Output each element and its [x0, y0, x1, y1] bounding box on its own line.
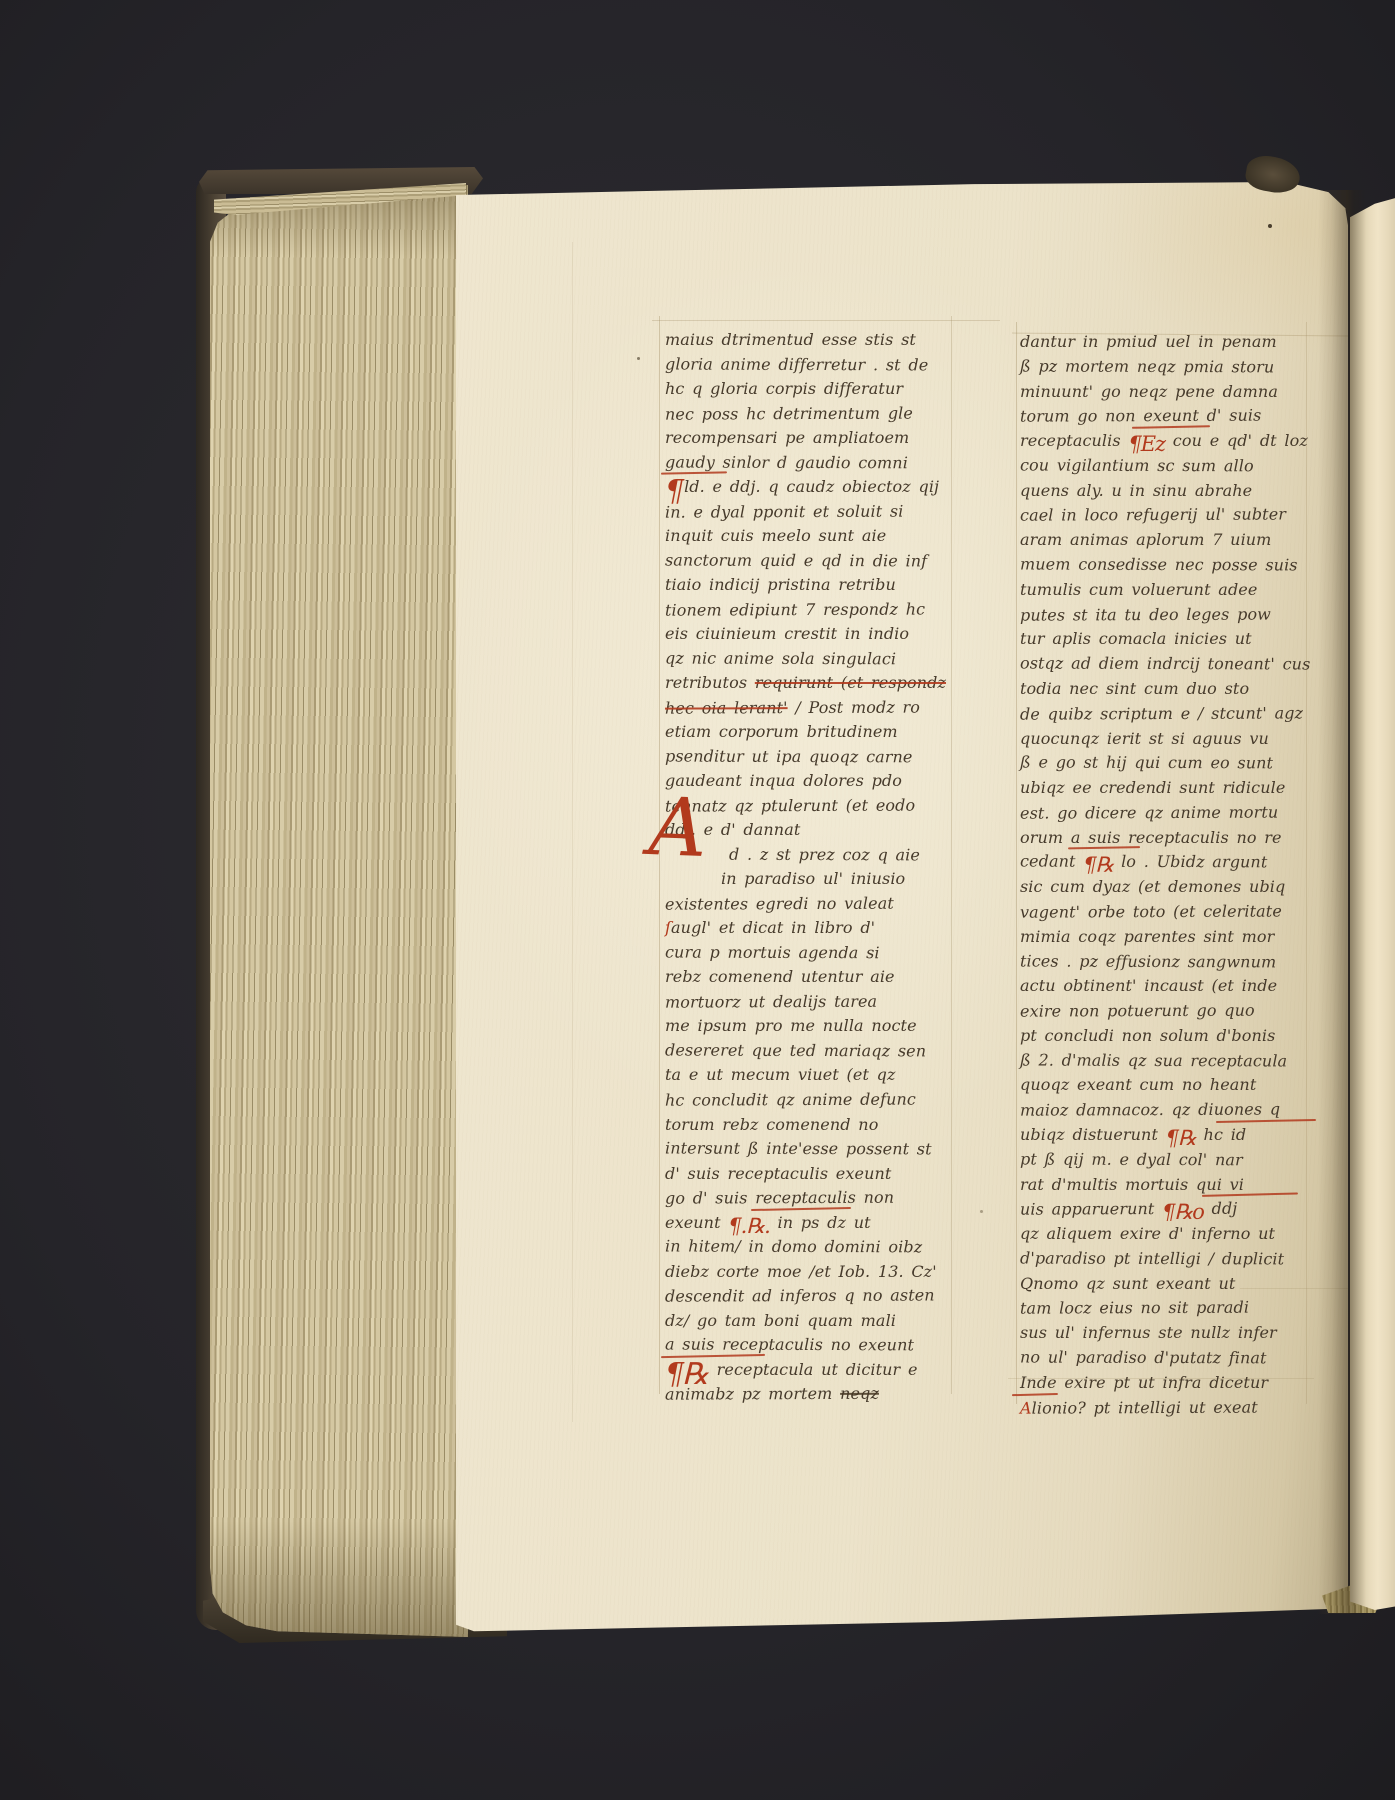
manuscript-line: etiam corporum britudinem: [665, 720, 963, 745]
manuscript-line: exire non potuerunt go quo: [1020, 998, 1318, 1024]
manuscript-line: ubiqz distuerunt ¶℞ hc id: [1020, 1123, 1318, 1148]
manuscript-line: gaudeant inqua dolores pdo: [665, 769, 963, 794]
manuscript-line: muem consedisse nec posse suis: [1020, 553, 1318, 579]
manuscript-line: ß 2. d'malis qz sua receptacula: [1020, 1048, 1318, 1074]
manuscript-line: dz/ go tam boni quam mali: [665, 1309, 963, 1334]
manuscript-line: sanctorum quid e qd in die inf: [665, 548, 963, 574]
manuscript-line: d . z st prez coz q aie: [665, 842, 963, 868]
manuscript-line: pt ß qij m. e dyal col' nar: [1020, 1147, 1318, 1173]
manuscript-line: quoqz exeant cum no heant: [1020, 1073, 1318, 1098]
ruling-line: [1016, 322, 1017, 1404]
rubric-mark: ¶℞o: [1162, 1200, 1204, 1224]
manuscript-line: actu obtinent' incaust (et inde: [1020, 974, 1318, 999]
manuscript-line: tennatz qz ptulerunt (et eodo: [665, 793, 963, 819]
rubric-overline: [661, 471, 727, 474]
manuscript-line: ß e go st hij qui cum eo sunt: [1020, 751, 1318, 777]
manuscript-line: in hitem/ in domo domini oibz: [665, 1235, 963, 1261]
manuscript-line: tam locz eius no sit paradi: [1020, 1296, 1318, 1322]
manuscript-line: diebz corte moe /et Iob. 13. Cz': [665, 1260, 963, 1285]
manuscript-line: quocunqz ierit st si aguus vu: [1020, 727, 1318, 752]
manuscript-line: cael in loco refugerij ul' subter: [1020, 503, 1318, 529]
manuscript-line: pt concludi non solum d'bonis: [1020, 1024, 1318, 1049]
manuscript-line: mimia coqz parentes sint mor: [1020, 925, 1318, 950]
manuscript-line: tionem edipiunt 7 respondz hc: [665, 597, 963, 623]
rubric-overline: [1132, 425, 1210, 429]
manuscript-line: gloria anime differretur . st de: [665, 352, 963, 378]
rubric-mark: ¶℞: [1166, 1126, 1196, 1150]
manuscript-line: tiaio indicij pristina retribu: [665, 573, 963, 598]
rubric-overline: [1068, 847, 1140, 850]
manuscript-line: ¶℞ receptacula ut dicitur e: [665, 1358, 963, 1383]
manuscript-line: qz aliquem exire d' inferno ut: [1020, 1222, 1318, 1247]
manuscript-line: desereret que ted mariaqz sen: [665, 1038, 963, 1064]
rubric-mark: A: [1020, 1398, 1032, 1417]
manuscript-line: ta e ut mecum viuet (et qz: [665, 1063, 963, 1088]
illuminated-initial: A: [648, 795, 708, 861]
manuscript-line: tur aplis comacla inicies ut: [1020, 627, 1318, 652]
manuscript-line: Qnomo qz sunt exeant ut: [1020, 1272, 1318, 1297]
manuscript-line: cedant ¶℞ lo . Ubidz argunt: [1020, 850, 1318, 876]
manuscript-line: ¶ld. e ddj. q caudz obiectoz qij: [665, 475, 963, 500]
manuscript-line: tumulis cum voluerunt adee: [1020, 578, 1318, 603]
dust-speck: [980, 1210, 983, 1213]
facing-page-sliver: [1350, 196, 1395, 1610]
manuscript-line: intersunt ß inte'esse possent st: [665, 1136, 963, 1162]
manuscript-line: cou vigilantium sc sum allo: [1020, 453, 1318, 479]
manuscript-line: descendit ad inferos q no asten: [665, 1283, 963, 1309]
rubric-mark: ¶Ez: [1128, 432, 1165, 456]
manuscript-line: dantur in pmiud uel in penam: [1020, 330, 1318, 355]
manuscript-line: maius dtrimentud esse stis st: [665, 328, 963, 353]
text-column-right: dantur in pmiud uel in penamß pz mortem …: [1020, 330, 1318, 1420]
manuscript-line: ſaugl' et dicat in libro d': [665, 916, 963, 941]
photo-backdrop: maius dtrimentud esse stis stgloria anim…: [0, 0, 1395, 1800]
manuscript-line: sic cum dyaz (et demones ubiq: [1020, 875, 1318, 900]
manuscript-line: ubiqz ee credendi sunt ridicule: [1020, 776, 1318, 801]
manuscript-line: ddj. e d' dannat: [665, 818, 963, 843]
manuscript-page: maius dtrimentud esse stis stgloria anim…: [456, 182, 1348, 1632]
manuscript-line: hc q gloria corpis differatur: [665, 377, 963, 402]
manuscript-line: d'paradiso pt intelligi / duplicit: [1020, 1246, 1318, 1272]
manuscript-line: exeunt ¶.℞. in ps dz ut: [665, 1211, 963, 1236]
manuscript-line: existentes egredi no valeat: [665, 891, 963, 917]
page-fore-edge-stack: [210, 185, 468, 1637]
manuscript-line: animabz pz mortem neqz: [665, 1382, 963, 1408]
manuscript-line: quens aly. u in sinu abrahe: [1020, 479, 1318, 504]
manuscript-line: psenditur ut ipa quoqz carne: [665, 744, 963, 770]
manuscript-line: ostqz ad diem indrcij toneant' cus: [1020, 652, 1318, 678]
manuscript-line: inquit cuis meelo sunt aie: [665, 524, 963, 549]
text-column-left: maius dtrimentud esse stis stgloria anim…: [665, 328, 963, 1407]
manuscript-line: uis apparuerunt ¶℞o ddj: [1020, 1197, 1318, 1223]
rubric-mark: ¶℞: [1083, 853, 1113, 877]
manuscript-line: retributos requirunt (et respondz: [665, 671, 963, 696]
manuscript-line: hc concludit qz anime defunc: [665, 1087, 963, 1113]
manuscript-line: est. go dicere qz anime mortu: [1020, 800, 1318, 826]
manuscript-line: recompensari pe ampliatoem: [665, 426, 963, 451]
manuscript-line: Alionio? pt intelligi ut exeat: [1020, 1395, 1318, 1421]
manuscript-line: cura p mortuis agenda si: [665, 940, 963, 966]
manuscript-line: eis ciuinieum crestit in indio: [665, 622, 963, 647]
manuscript-line: ß pz mortem neqz pmia storu: [1020, 354, 1318, 380]
manuscript-line: mortuorz ut dealijs tarea: [665, 989, 963, 1015]
manuscript-line: Inde exire pt ut infra dicetur: [1020, 1371, 1318, 1396]
manuscript-line: vagent' orbe toto (et celeritate: [1020, 899, 1318, 925]
dust-speck: [637, 357, 640, 360]
manuscript-line: d' suis receptaculis exeunt: [665, 1162, 963, 1187]
manuscript-line: me ipsum pro me nulla nocte: [665, 1014, 963, 1039]
manuscript-line: torum rebz comenend no: [665, 1113, 963, 1138]
ruling-line: [652, 320, 1000, 321]
dust-speck: [1268, 224, 1272, 228]
manuscript-line: receptaculis ¶Ez cou e qd' dt loz: [1020, 429, 1318, 454]
manuscript-book: maius dtrimentud esse stis stgloria anim…: [0, 0, 1395, 1800]
manuscript-line: minuunt' go neqz pene damna: [1020, 380, 1318, 405]
manuscript-line: nec poss hc detrimentum gle: [665, 401, 963, 427]
manuscript-line: in. e dyal pponit et soluit si: [665, 499, 963, 525]
manuscript-line: hec oia lerant' / Post modz ro: [665, 695, 963, 721]
manuscript-line: todia nec sint cum duo sto: [1020, 677, 1318, 702]
manuscript-line: orum a suis receptaculis no re: [1020, 826, 1318, 851]
manuscript-line: aram animas aplorum 7 uium: [1020, 528, 1318, 553]
manuscript-line: in paradiso ul' iniusio: [665, 867, 963, 892]
manuscript-line: sus ul' infernus ste nullz infer: [1020, 1321, 1318, 1346]
manuscript-line: qz nic anime sola singulaci: [665, 646, 963, 672]
manuscript-line: tices . pz effusionz sangwnum: [1020, 949, 1318, 975]
manuscript-line: no ul' paradiso d'putatz finat: [1020, 1346, 1318, 1372]
manuscript-line: putes st ita tu deo leges pow: [1020, 602, 1318, 628]
manuscript-line: de quibz scriptum e / stcunt' agz: [1020, 701, 1318, 727]
manuscript-line: rebz comenend utentur aie: [665, 965, 963, 990]
ruling-line: [572, 242, 573, 1422]
